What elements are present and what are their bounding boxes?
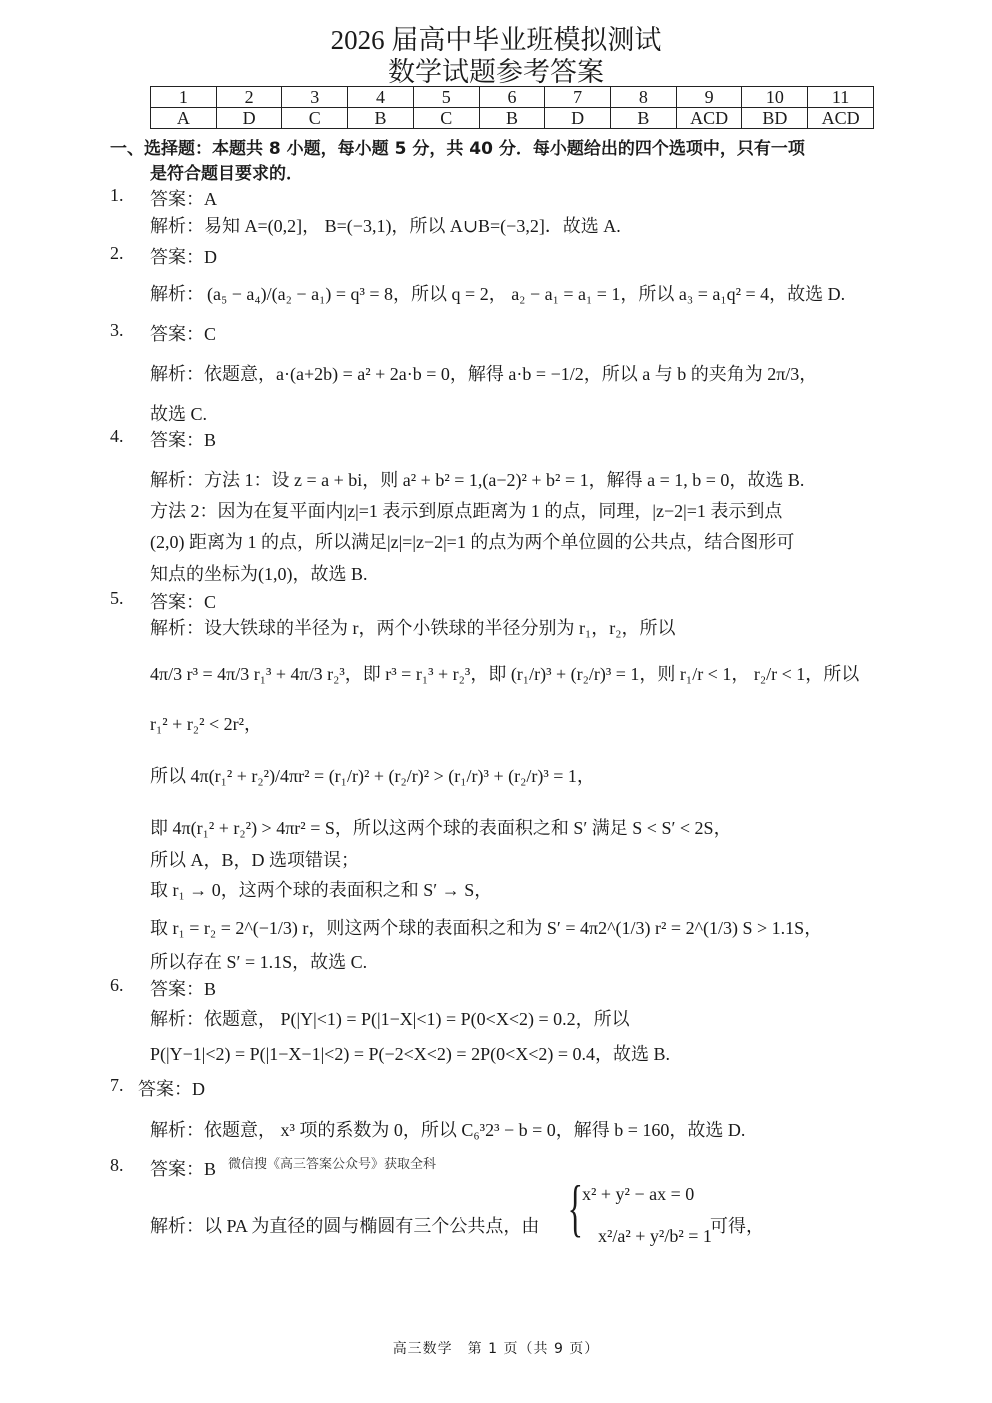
item-answer: 答案：A	[150, 185, 217, 211]
section-heading-line2: 是符合题目要求的．	[150, 159, 303, 184]
answer-key-table: 1 2 3 4 5 6 7 8 9 10 11 A D C B C B D B …	[150, 86, 874, 129]
answer-row: A D C B C B D B ACD BD ACD	[151, 108, 874, 129]
item-explanation: 方法 2：因为在复平面内|z|=1 表示到原点距离为 1 的点，同理，|z−2|…	[150, 497, 782, 523]
item-explanation: 知点的坐标为(1,0)，故选 B.	[150, 560, 368, 586]
a-cell: D	[216, 108, 282, 129]
item-number: 4.	[110, 426, 124, 447]
q-cell: 2	[216, 87, 282, 108]
item-explanation: 故选 C.	[150, 400, 207, 426]
item-answer: 答案：D	[150, 243, 217, 269]
a-cell: C	[413, 108, 479, 129]
item-answer: 答案：B	[150, 975, 216, 1001]
item-explanation: 解析：方法 1：设 z = a + bi，则 a² + b² = 1,(a−2)…	[150, 466, 804, 492]
item-explanation: 取 r₁ → 0，这两个球的表面积之和 S′ → S，	[150, 876, 492, 902]
q-cell: 8	[611, 87, 677, 108]
a-cell: B	[348, 108, 414, 129]
a-cell: ACD	[676, 108, 742, 129]
item-explanation: (a₅ − a₄)/(a₂ − a₁) = q³ = 8，所以 q = 2， a…	[207, 280, 845, 306]
item-explanation: 所以存在 S′ = 1.1S，故选 C.	[150, 948, 367, 974]
item-number: 2.	[110, 243, 124, 264]
q-cell: 1	[151, 87, 217, 108]
a-cell: BD	[742, 108, 808, 129]
item-number: 8.	[110, 1155, 124, 1176]
item-explanation: 解析：依题意，a·(a+2b) = a² + 2a·b = 0，解得 a·b =…	[150, 360, 817, 386]
item-explanation: 解析：依题意， P(|Y|<1) = P(|1−X|<1) = P(0<X<2)…	[150, 1005, 630, 1031]
equation-ellipse: x²/a² + y²/b² = 1	[598, 1226, 712, 1247]
item-answer: 答案：C	[150, 588, 216, 614]
item-explanation: 解析：以 PA 为直径的圆与椭圆有三个公共点，由	[150, 1212, 539, 1238]
item-number: 1.	[110, 185, 124, 206]
watermark-note: 微信搜《高三答案公众号》获取全科	[228, 1153, 436, 1172]
item-number: 5.	[110, 588, 124, 609]
item-explanation-tail: 可得，	[710, 1212, 764, 1238]
item-explanation: 即 4π(r₁² + r₂²) > 4πr² = S，所以这两个球的表面积之和 …	[150, 814, 732, 840]
item-answer: 答案：B	[150, 1155, 216, 1181]
q-cell: 5	[413, 87, 479, 108]
item-explanation: 解析：易知 A=(0,2]， B=(−3,1)，所以 A∪B=(−3,2]．故选…	[150, 212, 621, 238]
q-cell: 9	[676, 87, 742, 108]
q-cell: 4	[348, 87, 414, 108]
q-cell: 7	[545, 87, 611, 108]
a-cell: B	[611, 108, 677, 129]
q-cell: 6	[479, 87, 545, 108]
item-number: 3.	[110, 320, 124, 341]
item-explanation: 4π/3 r³ = 4π/3 r₁³ + 4π/3 r₂³，即 r³ = r₁³…	[150, 660, 859, 686]
item-explanation: 取 r₁ = r₂ = 2^(−1/3) r，则这两个球的表面积之和为 S′ =…	[150, 914, 822, 940]
item-explanation: P(|Y−1|<2) = P(|1−X−1|<2) = P(−2<X<2) = …	[150, 1040, 670, 1066]
q-cell: 3	[282, 87, 348, 108]
q-cell: 11	[808, 87, 874, 108]
item-explanation: (2,0) 距离为 1 的点，所以满足|z|=|z−2|=1 的点为两个单位圆的…	[150, 528, 794, 554]
item-explanation: r₁² + r₂² < 2r²，	[150, 710, 262, 736]
item-explanation-label: 解析：	[150, 280, 204, 306]
q-cell: 10	[742, 87, 808, 108]
page-footer: 高三数学 第 1 页（共 9 页）	[0, 1338, 992, 1358]
item-answer: 答案：B	[150, 426, 216, 452]
item-number: 7.	[110, 1075, 124, 1096]
item-explanation: 所以 A，B，D 选项错误；	[150, 846, 359, 872]
a-cell: B	[479, 108, 545, 129]
item-answer: 答案：D	[138, 1075, 205, 1101]
a-cell: A	[151, 108, 217, 129]
a-cell: ACD	[808, 108, 874, 129]
section-heading-line1: 一、选择题：本题共 8 小题，每小题 5 分，共 40 分．每小题给出的四个选项…	[110, 134, 805, 159]
equation-circle: x² + y² − ax = 0	[582, 1184, 694, 1205]
a-cell: C	[282, 108, 348, 129]
item-explanation: 解析：设大铁球的半径为 r，两个小铁球的半径分别为 r₁，r₂，所以	[150, 614, 676, 640]
a-cell: D	[545, 108, 611, 129]
item-explanation: 所以 4π(r₁² + r₂²)/4πr² = (r₁/r)² + (r₂/r)…	[150, 762, 595, 788]
question-number-row: 1 2 3 4 5 6 7 8 9 10 11	[151, 87, 874, 108]
item-number: 6.	[110, 975, 124, 996]
document-subtitle: 数学试题参考答案	[0, 50, 992, 89]
item-answer: 答案：C	[150, 320, 216, 346]
item-explanation: 解析：依题意， x³ 项的系数为 0，所以 C₆³2³ − b = 0，解得 b…	[150, 1116, 745, 1142]
